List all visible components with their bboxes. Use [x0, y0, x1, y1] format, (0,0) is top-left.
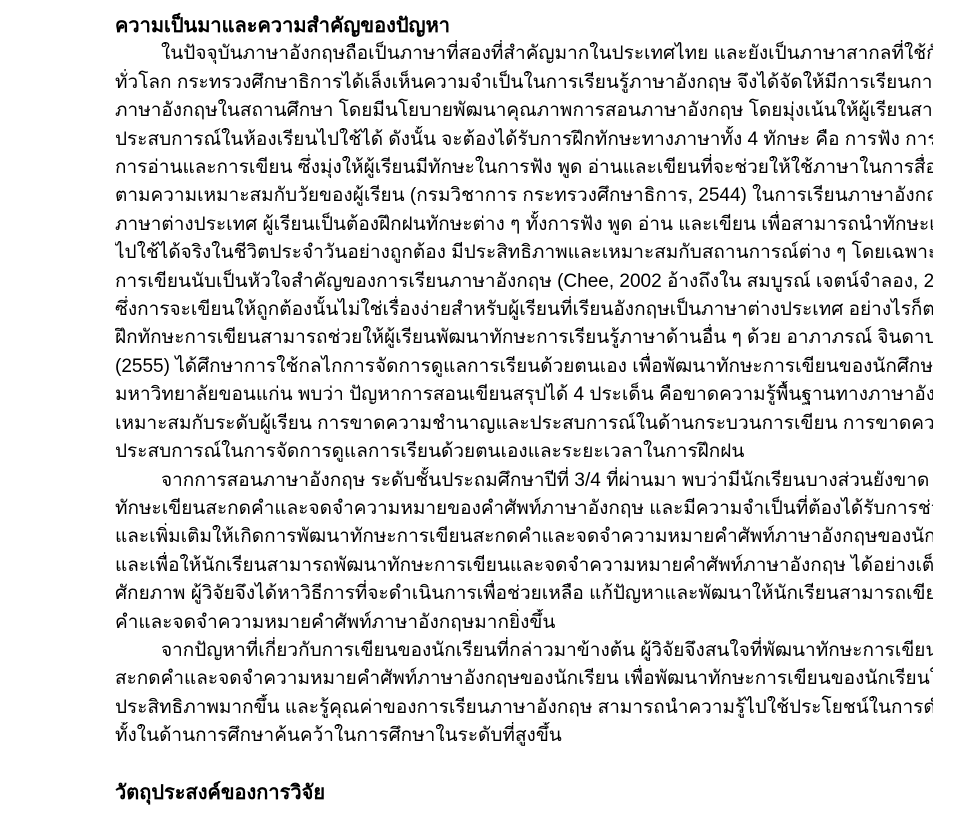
document-page: ความเป็นมาและความสำคัญของปัญหา ในปัจจุบั…	[0, 0, 960, 819]
text-line: (2555) ได้ศึกษาการใช้กลไกการจัดการดูแลกา…	[115, 353, 933, 381]
text-line: ทั้งในด้านการศึกษาค้นคว้าในการศึกษาในระด…	[115, 722, 933, 750]
text-line: ทักษะเขียนสะกดคำและจดจำความหมายของคำศัพท…	[115, 495, 933, 523]
paragraph: ในปัจจุบันภาษาอังกฤษถือเป็นภาษาที่สองที่…	[115, 40, 933, 466]
paragraph: จากปัญหาที่เกี่ยวกับการเขียนของนักเรียนท…	[115, 637, 933, 751]
text-line: และเพิ่มเติมให้เกิดการพัฒนาทักษะการเขียน…	[115, 523, 933, 551]
text-line: คำและจดจำความหมายคำศัพท์ภาษาอังกฤษมากยิ่…	[115, 609, 933, 637]
text-line: ภาษาอังกฤษในสถานศึกษา โดยมีนโยบายพัฒนาคุ…	[115, 97, 933, 125]
text-line: การเขียนนับเป็นหัวใจสำคัญของการเรียนภาษา…	[115, 268, 933, 296]
text-line: ทั่วโลก กระทรวงศึกษาธิการได้เล็งเห็นความ…	[115, 69, 933, 97]
text-line: และเพื่อให้นักเรียนสามารถพัฒนาทักษะการเข…	[115, 552, 933, 580]
text-line: ซึ่งการจะเขียนให้ถูกต้องนั้นไม่ใช่เรื่อง…	[115, 296, 933, 324]
text-line: สะกดคำและจดจำความหมายคำศัพท์ภาษาอังกฤษขอ…	[115, 665, 933, 693]
section-heading: ความเป็นมาและความสำคัญของปัญหา	[115, 12, 933, 40]
text-line: เหมาะสมกับระดับผู้เรียน การขาดความชำนาญแ…	[115, 410, 933, 438]
next-section-heading-partial: วัตถุประสงค์ของการวิจัย	[115, 779, 933, 807]
text-line: ประสบการณ์ในการจัดการดูแลการเรียนด้วยตนเ…	[115, 438, 933, 466]
text-line: ประสบการณ์ในห้องเรียนไปใช้ได้ ดังนั้น จะ…	[115, 126, 933, 154]
text-line: ฝึกทักษะการเขียนสามารถช่วยให้ผู้เรียนพัฒ…	[115, 324, 933, 352]
text-line: มหาวิทยาลัยขอนแก่น พบว่า ปัญหาการสอนเขีย…	[115, 381, 933, 409]
text-line: ตามความเหมาะสมกับวัยของผู้เรียน (กรมวิชา…	[115, 182, 933, 210]
text-line: ในปัจจุบันภาษาอังกฤษถือเป็นภาษาที่สองที่…	[115, 40, 933, 68]
text-line: ประสิทธิภาพมากขึ้น และรู้คุณค่าของการเรี…	[115, 694, 933, 722]
text-line: จากการสอนภาษาอังกฤษ ระดับชั้นประถมศึกษาป…	[115, 467, 933, 495]
content-area: ความเป็นมาและความสำคัญของปัญหา ในปัจจุบั…	[115, 12, 933, 807]
text-line: การอ่านและการเขียน ซึ่งมุ่งให้ผู้เรียนมี…	[115, 154, 933, 182]
paragraph: จากการสอนภาษาอังกฤษ ระดับชั้นประถมศึกษาป…	[115, 467, 933, 637]
text-line: จากปัญหาที่เกี่ยวกับการเขียนของนักเรียนท…	[115, 637, 933, 665]
text-line: ภาษาต่างประเทศ ผู้เรียนเป็นต้องฝึกฝนทักษ…	[115, 211, 933, 239]
text-line: ศักยภาพ ผู้วิจัยจึงได้หาวิธีการที่จะดำเน…	[115, 580, 933, 608]
text-line: ไปใช้ได้จริงในชีวิตประจำวันอย่างถูกต้อง …	[115, 239, 933, 267]
